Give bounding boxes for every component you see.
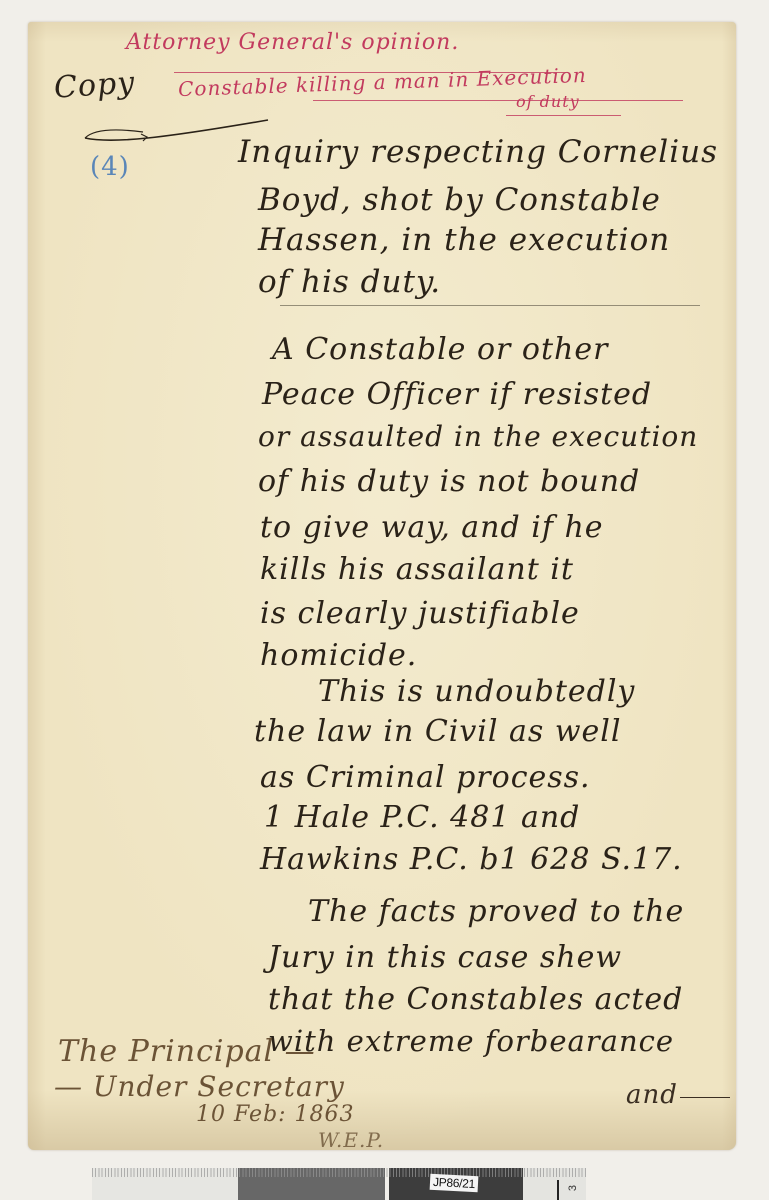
body-p1-line-8: homicide. — [260, 638, 417, 673]
section-divider — [280, 305, 700, 306]
red-annotation-attorney-general: Attorney General's opinion. — [126, 30, 459, 55]
red-underline-2 — [313, 100, 683, 101]
manuscript-page: Attorney General's opinion. Constable ki… — [28, 22, 736, 1150]
red-annotation-of-duty: of duty — [516, 92, 580, 111]
ruler-ticks — [92, 1168, 586, 1177]
body-p3-line-3: that the Constables acted — [268, 982, 683, 1017]
footer-note-line-4: W.E.P. — [318, 1128, 384, 1152]
archive-reference-label: JP86/21 — [430, 1174, 479, 1192]
body-p1-line-3: or assaulted in the execution — [258, 420, 698, 453]
body-p2-line-3: as Criminal process. — [260, 760, 591, 795]
ruler-marker-tick — [557, 1180, 559, 1200]
folio-number: (4) — [90, 152, 130, 182]
body-p2-line-1: This is undoubtedly — [318, 674, 635, 709]
copy-mark: Copy — [53, 65, 136, 106]
body-p1-line-2: Peace Officer if resisted — [262, 377, 652, 412]
body-p3-line-2: Jury in this case shew — [268, 940, 622, 975]
body-p2-line-2: the law in Civil as well — [254, 714, 621, 749]
body-p2-line-5: Hawkins P.C. b1 628 S.17. — [260, 842, 683, 877]
body-p1-line-1: A Constable or other — [272, 332, 608, 367]
footer-note-line-1: The Principal — — [58, 1034, 316, 1069]
body-p3-line-4: with extreme forbearance — [268, 1024, 674, 1058]
body-p2-line-4: 1 Hale P.C. 481 and — [264, 800, 580, 835]
archival-ruler: JP86/21 3 — [92, 1168, 586, 1200]
body-p1-line-7: is clearly justifiable — [260, 596, 580, 631]
catchword: and — [626, 1080, 678, 1110]
body-p1-line-4: of his duty is not bound — [258, 464, 640, 499]
title-line-4: of his duty. — [258, 264, 441, 300]
footer-note-line-3: 10 Feb: 1863 — [196, 1102, 355, 1127]
title-line-2: Boyd, shot by Constable — [258, 182, 661, 218]
ruler-digit: 3 — [567, 1185, 579, 1191]
catchword-flourish — [680, 1097, 730, 1098]
title-line-3: Hassen, in the execution — [258, 222, 670, 258]
title-line-1: Inquiry respecting Cornelius — [238, 134, 718, 170]
footer-note-line-2: — Under Secretary — [54, 1070, 345, 1103]
body-p3-line-1: The facts proved to the — [308, 894, 684, 929]
body-p1-line-6: kills his assailant it — [260, 552, 574, 587]
red-underline-3 — [506, 115, 621, 116]
body-p1-line-5: to give way, and if he — [260, 510, 604, 545]
